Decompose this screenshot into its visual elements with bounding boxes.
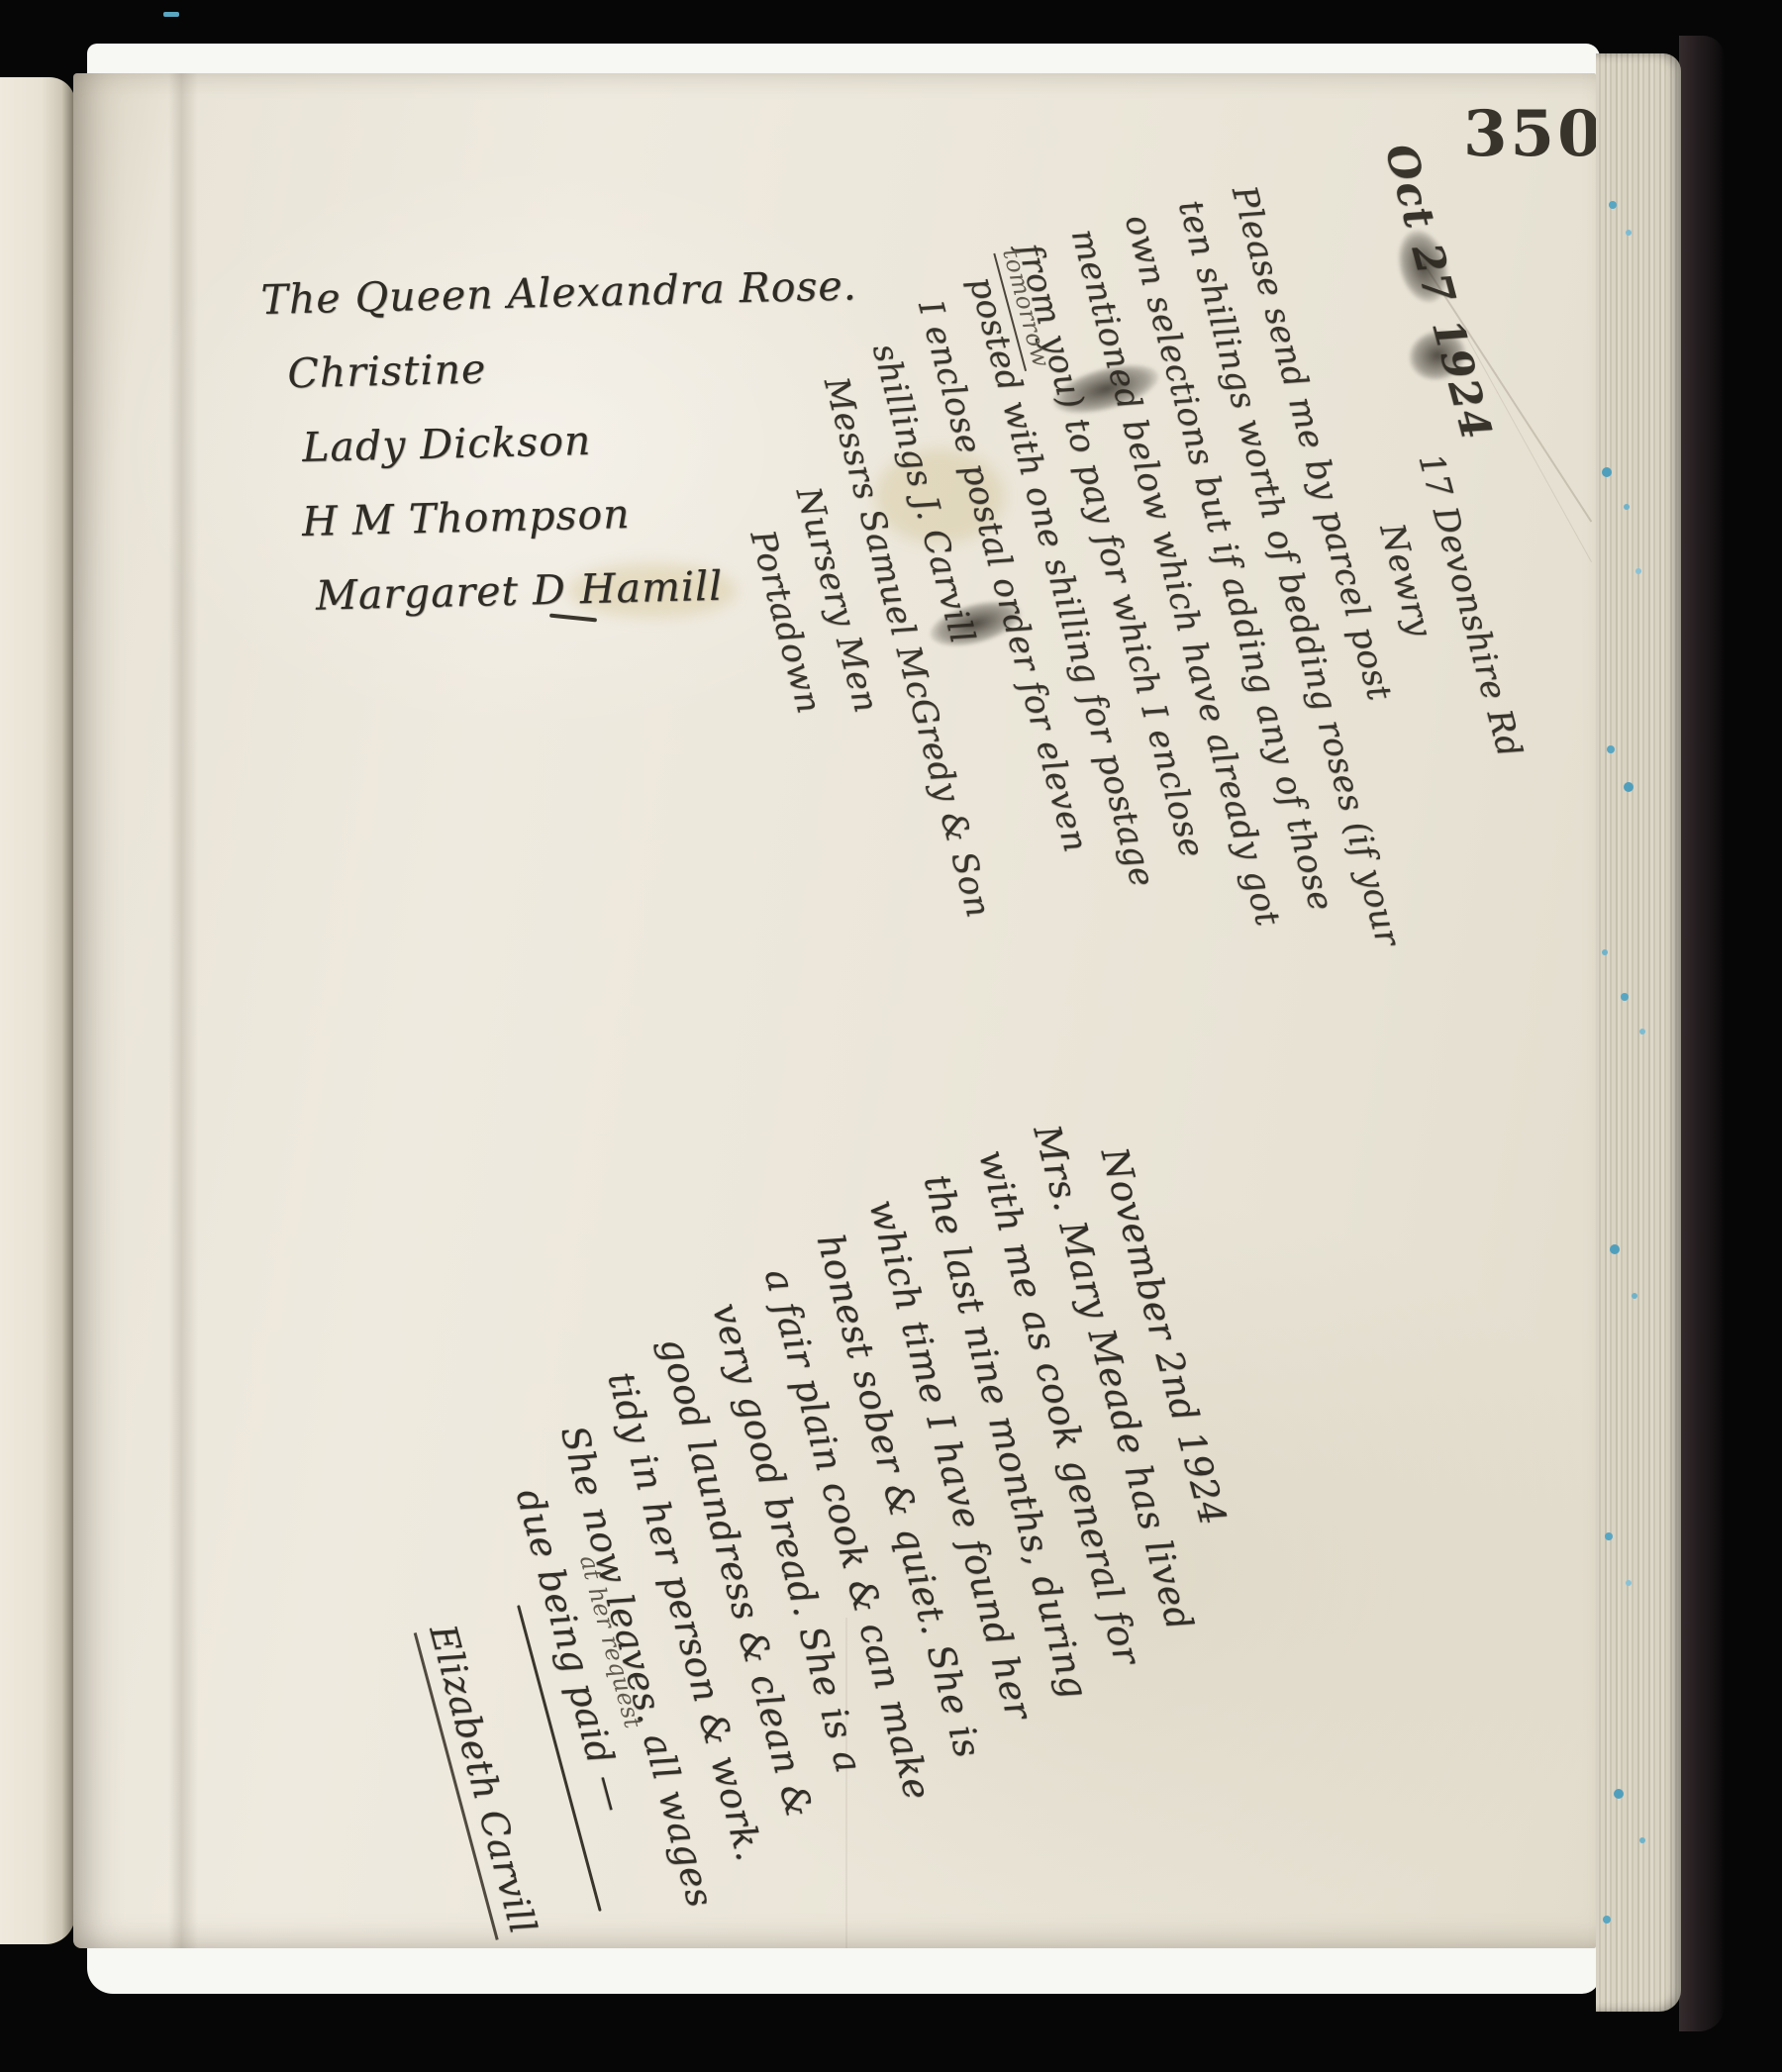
fore-edge-blue-specks [1596,53,1602,59]
book-cover-edge [1679,36,1725,2031]
gutter-crease [168,73,198,1948]
page-number: 350 [1463,97,1596,171]
paper-crease [845,1618,847,1948]
names-dash [549,614,597,623]
edge-mark [163,12,179,17]
name-entry: Lady Dickson [302,417,592,471]
name-entry: Christine [287,345,487,397]
book-fore-edge [1596,53,1681,2012]
letter-line: Elizabeth Carvill [414,1621,544,1940]
letter-line: Newry [1371,519,1439,641]
scanned-book-photograph: 350 The Queen Alexandra Rose.ChristineLa… [0,0,1782,2072]
name-entry: The Queen Alexandra Rose. [260,261,857,324]
name-entry: Margaret D Hamill [315,562,723,620]
manuscript-page: 350 The Queen Alexandra Rose.ChristineLa… [73,73,1596,1948]
paper-crease [1466,337,1592,562]
name-entry: H M Thompson [301,490,631,545]
opposite-page-edge [0,77,75,1944]
